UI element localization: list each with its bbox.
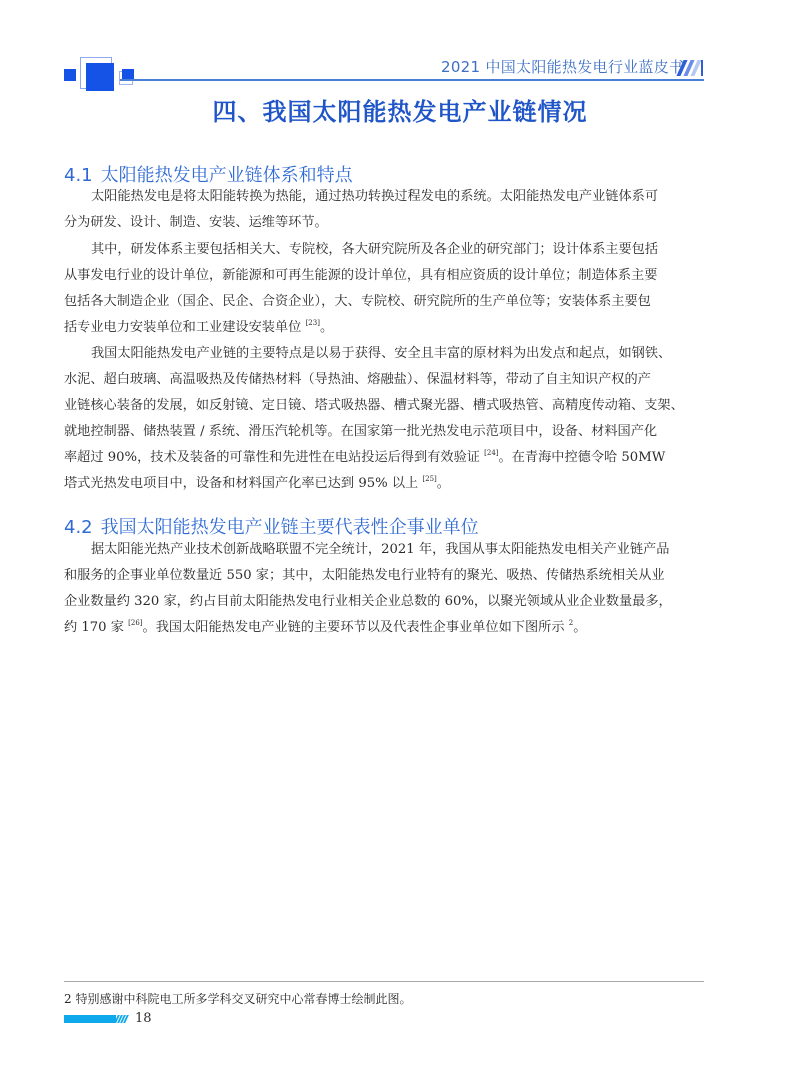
text-segment: 。 — [320, 320, 333, 335]
section-heading-4-2: 4.2我国太阳能热发电产业链主要代表性企事业单位 — [64, 513, 479, 539]
text-line: 约 170 家 [26]。我国太阳能热发电产业链的主要环节以及代表性企事业单位如… — [64, 615, 716, 641]
section-title: 太阳能热发电产业链体系和特点 — [101, 165, 353, 186]
footer-stripes-icon — [102, 1015, 122, 1023]
logo-small-square — [64, 69, 76, 81]
text-line: 我国太阳能热发电产业链的主要特点是以易于获得、安全且丰富的原材料为出发点和起点，… — [64, 341, 716, 367]
citation: [25] — [422, 475, 436, 483]
text-segment: 。 — [437, 476, 450, 491]
text-line: 据太阳能光热产业技术创新战略联盟不完全统计，2021 年，我国从事太阳能热发电相… — [64, 537, 716, 563]
text-segment: 。我国太阳能热发电产业链的主要环节以及代表性企事业单位如下图所示 — [143, 620, 565, 635]
text-line: 从事发电行业的设计单位，新能源和可再生能源的设计单位，具有相应资质的设计单位；制… — [64, 263, 716, 289]
page-header: 2021 中国太阳能热发电行业蓝皮书 — [0, 0, 800, 90]
blue-squares-logo-icon — [62, 48, 142, 83]
footnote: 2 特别感谢中科院电工所多学科交叉研究中心常春博士绘制此图。 — [64, 990, 411, 1007]
paragraph: 其中，研发体系主要包括相关大、专院校，各大研究院所及各企业的研究部门；设计体系主… — [64, 237, 716, 341]
text-line: 就地控制器、储热装置 / 系统、滑压汽轮机等。在国家第一批光热发电示范项目中，设… — [64, 419, 716, 445]
text-segment: 塔式光热发电项目中，设备和材料国产化率已达到 95% 以上 — [64, 476, 418, 491]
text-segment: 率超过 90%，技术及装备的可靠性和先进性在电站投运后得到有效验证 — [64, 450, 480, 465]
footnote-divider — [64, 981, 704, 982]
text-line: 业链核心装备的发展，如反射镜、定日镜、塔式吸热器、槽式聚光器、槽式吸热管、高精度… — [64, 393, 716, 419]
header-rule — [120, 79, 704, 81]
text-line: 分为研发、设计、制造、安装、运维等环节。 — [64, 210, 716, 236]
text-line: 水泥、超白玻璃、高温吸热及传储热材料（导热油、熔融盐）、保温材料等，带动了自主知… — [64, 367, 716, 393]
text-line: 包括各大制造企业（国企、民企、合资企业），大、专院校、研究院所的生产单位等；安装… — [64, 289, 716, 315]
text-line: 率超过 90%，技术及装备的可靠性和先进性在电站投运后得到有效验证 [24]。在… — [64, 445, 716, 471]
section-number: 4.2 — [64, 517, 93, 538]
paragraph: 我国太阳能热发电产业链的主要特点是以易于获得、安全且丰富的原材料为出发点和起点，… — [64, 341, 716, 497]
section-title: 我国太阳能热发电产业链主要代表性企事业单位 — [101, 517, 479, 538]
text-line: 其中，研发体系主要包括相关大、专院校，各大研究院所及各企业的研究部门；设计体系主… — [64, 237, 716, 263]
text-line: 太阳能热发电是将太阳能转换为热能，通过热功转换过程发电的系统。太阳能热发电产业链… — [64, 184, 716, 210]
diagonal-stripes-icon — [678, 60, 704, 76]
text-segment: 。在青海中控德令哈 50MW — [499, 450, 666, 465]
text-segment: 括专业电力安装单位和工业建设安装单位 — [64, 320, 301, 335]
page-number: 18 — [135, 1011, 152, 1026]
text-line: 和服务的企事业单位数量近 550 家；其中，太阳能热发电行业特有的聚光、吸热、传… — [64, 563, 716, 589]
citation: [23] — [306, 319, 320, 327]
citation: [26] — [128, 619, 142, 627]
text-segment: 。 — [573, 620, 586, 635]
section-number: 4.1 — [64, 165, 93, 186]
citation: [24] — [484, 449, 498, 457]
text-segment: 约 170 家 — [64, 620, 124, 635]
paragraph: 太阳能热发电是将太阳能转换为热能，通过热功转换过程发电的系统。太阳能热发电产业链… — [64, 184, 716, 236]
text-line: 企业数量约 320 家，约占目前太阳能热发电行业相关企业总数的 60%，以聚光领… — [64, 589, 716, 615]
book-title: 2021 中国太阳能热发电行业蓝皮书 — [441, 56, 684, 77]
text-line: 塔式光热发电项目中，设备和材料国产化率已达到 95% 以上 [25]。 — [64, 471, 716, 497]
chapter-title: 四、我国太阳能热发电产业链情况 — [0, 92, 800, 127]
paragraph: 据太阳能光热产业技术创新战略联盟不完全统计，2021 年，我国从事太阳能热发电相… — [64, 537, 716, 641]
text-line: 括专业电力安装单位和工业建设安装单位 [23]。 — [64, 315, 716, 341]
logo-big-square — [86, 63, 114, 91]
